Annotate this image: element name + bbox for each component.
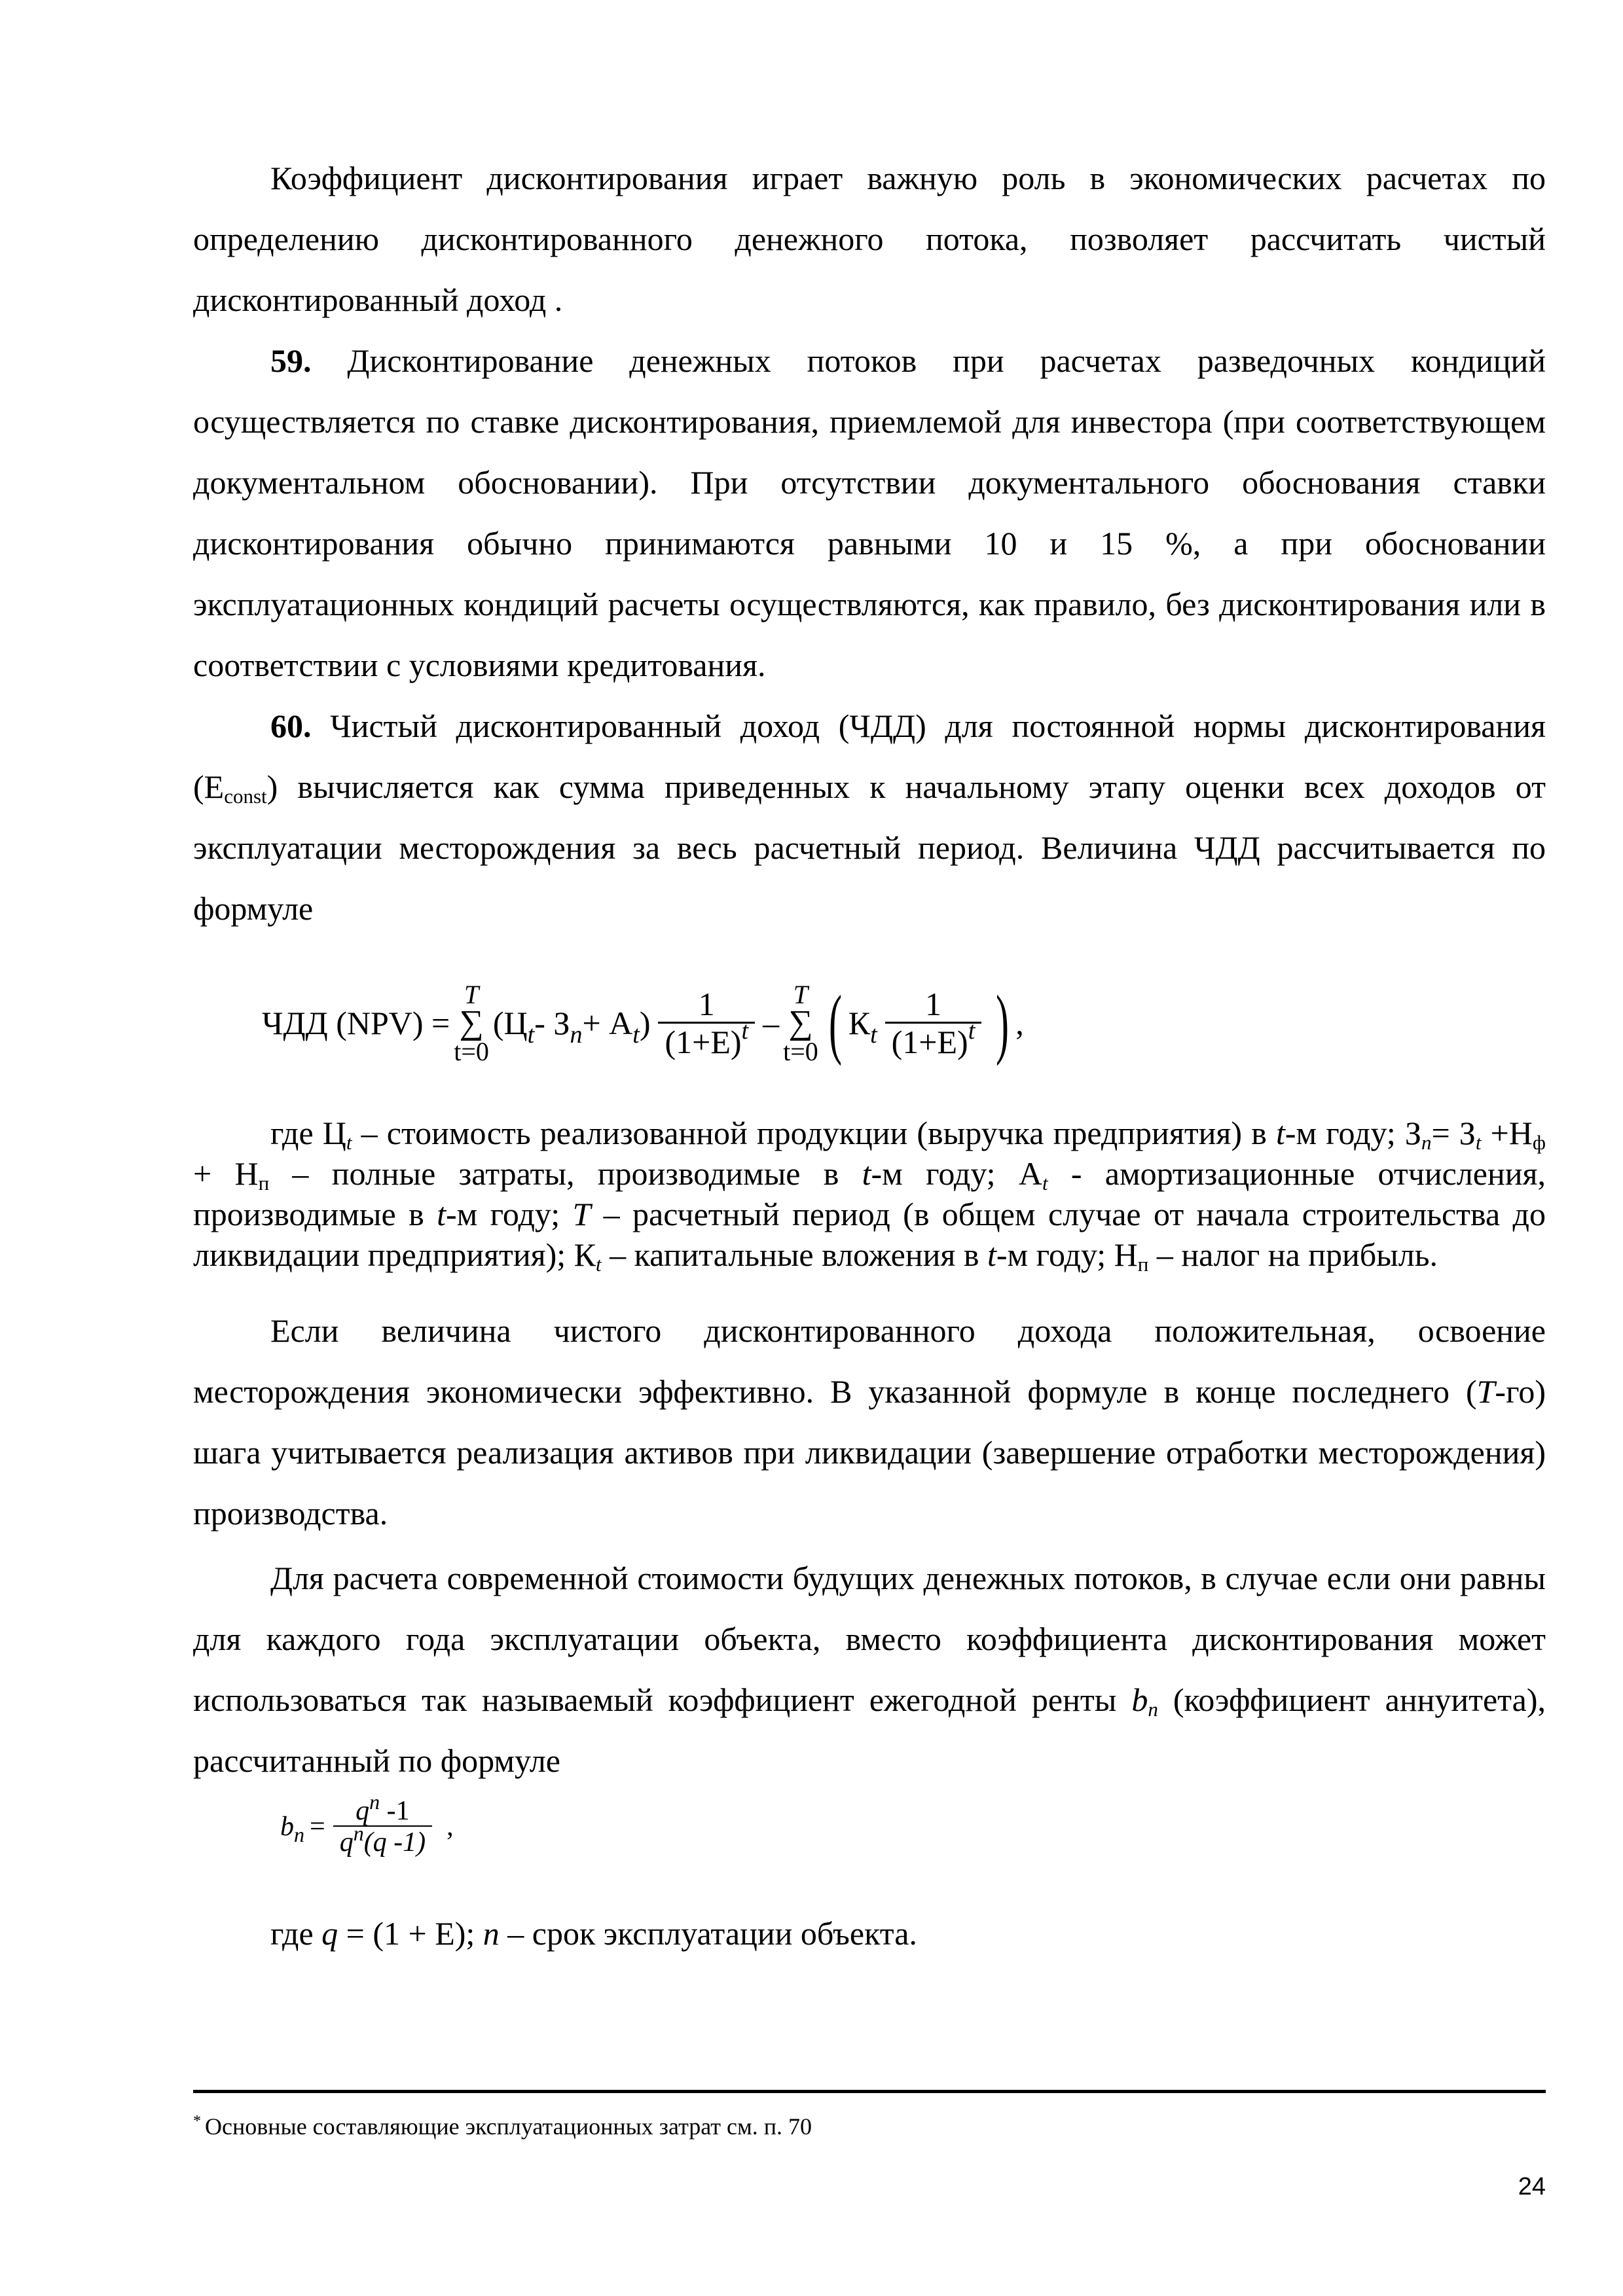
subscript: п (1138, 1253, 1149, 1276)
denominator-base: (1+Е) (892, 1024, 968, 1060)
big-paren-open: ( (829, 984, 842, 1062)
exponent-n: n (354, 1821, 364, 1845)
paragraph-discount-coefficient: Коэффициент дисконтирования играет важну… (193, 148, 1546, 331)
denominator-base: (1+Е) (665, 1024, 741, 1060)
paragraph-positive-npv: Если величина чистого дисконтированного … (193, 1300, 1546, 1544)
fraction-denominator: (1+Е)t (658, 1022, 755, 1060)
var-b: b (280, 1811, 294, 1842)
var-n: n (483, 1915, 500, 1952)
subscript: ф (1533, 1131, 1546, 1154)
footnote-text: Основные составляющие эксплуатационных з… (205, 2113, 812, 2140)
equals-sign: = (310, 1811, 325, 1842)
term-open: (Ц (493, 1004, 528, 1042)
text: – срок эксплуатации объекта. (500, 1915, 917, 1952)
text: – налог на прибыль. (1148, 1236, 1438, 1273)
text: – полные затраты, производимые в (269, 1155, 862, 1192)
text: -м году; Н (996, 1236, 1138, 1273)
paragraph-q-definition: где q = (1 + Е); n – срок эксплуатации о… (193, 1903, 1546, 1964)
paragraph-59: 59. Дисконтирование денежных потоков при… (193, 331, 1546, 696)
minus-sign: – (763, 1004, 779, 1042)
clause-number-59: 59. (270, 342, 312, 379)
clause-number-60: 60. (270, 708, 312, 744)
fraction-numerator: 1 (692, 987, 721, 1022)
annuity-formula: bn = qn -1 qn(q -1) , (280, 1797, 454, 1857)
document-page: Коэффициент дисконтирования играет важну… (0, 0, 1623, 2296)
formula-legend: где Цt – стоимость реализованной продукц… (193, 1113, 1546, 1275)
sum-lower-limit: t=0 (454, 1039, 489, 1065)
big-paren-close: ) (996, 984, 1009, 1062)
sum-lower-limit: t=0 (783, 1039, 818, 1065)
text: + Н (193, 1155, 259, 1192)
sub-n: n (294, 1823, 304, 1847)
text: -1 (380, 1796, 410, 1826)
annuity-fraction: qn -1 qn(q -1) (333, 1797, 432, 1857)
npv-formula: ЧДД (NPV) = T ∑ t=0 (Цt - Зn + Аt ) 1 (1… (262, 982, 1024, 1065)
sub-t: t (632, 1020, 640, 1049)
term-close: ) (640, 1004, 651, 1042)
body-text-bottom: Если величина чистого дисконтированного … (193, 1300, 1546, 1791)
var-T: Т (573, 1196, 591, 1232)
sigma-icon: ∑ (788, 1008, 812, 1039)
paragraph-60-text-b: ) вычисляется как сумма приведенных к на… (193, 768, 1546, 927)
text: где Ц (270, 1115, 346, 1151)
text: -м году; З (1285, 1115, 1421, 1151)
fraction-denominator: (1+Е)t (885, 1022, 982, 1060)
sub-n: n (570, 1020, 582, 1049)
subscript-const: const (224, 785, 266, 808)
var-t: t (1276, 1115, 1285, 1151)
sub-t: t (870, 1020, 877, 1049)
subscript: n (1148, 1698, 1158, 1721)
discount-fraction-1: 1 (1+Е)t (658, 987, 755, 1059)
exponent-n: n (369, 1790, 380, 1814)
text: -м году; А (871, 1155, 1042, 1192)
var-T: Т (1477, 1373, 1495, 1410)
text: = (1 + Е); (338, 1915, 483, 1952)
text: = З (1431, 1115, 1475, 1151)
subscript: t (596, 1253, 602, 1276)
subscript: n (1421, 1131, 1432, 1154)
var-t: t (987, 1236, 996, 1273)
text: – капитальные вложения в (602, 1236, 987, 1273)
page-number: 24 (1518, 2173, 1546, 2201)
body-text-top: Коэффициент дисконтирования играет важну… (193, 148, 1546, 939)
sum-operator-1: T ∑ t=0 (454, 982, 489, 1065)
fraction-denominator: qn(q -1) (333, 1825, 432, 1857)
paragraph-variable-definitions: где Цt – стоимость реализованной продукц… (193, 1113, 1546, 1275)
var-t: t (437, 1196, 446, 1232)
text: +Н (1481, 1115, 1532, 1151)
var-q: q (321, 1915, 338, 1952)
q-definition: где q = (1 + Е); n – срок эксплуатации о… (193, 1903, 1546, 1964)
term-plus-a: + А (582, 1004, 632, 1042)
subscript: t (1042, 1172, 1048, 1194)
npv-lhs: ЧДД (NPV) = (262, 1004, 450, 1042)
sigma-icon: ∑ (460, 1008, 484, 1039)
formula-comma: , (447, 1811, 454, 1842)
paragraph-60: 60. Чистый дисконтированный доход (ЧДД) … (193, 696, 1546, 939)
var-q: q (340, 1827, 354, 1857)
var-b: b (1131, 1681, 1148, 1718)
subscript: t (346, 1131, 352, 1154)
paragraph-text: Коэффициент дисконтирования играет важну… (193, 160, 1546, 318)
formula-comma: , (1015, 1004, 1024, 1042)
text: Если величина чистого дисконтированного … (193, 1312, 1546, 1410)
term-k: К (848, 1004, 870, 1042)
text: где (270, 1915, 321, 1952)
fraction-numerator: 1 (919, 987, 948, 1022)
footnote: *Основные составляющие эксплуатационных … (193, 2113, 812, 2140)
var-t: t (862, 1155, 871, 1192)
text: (q -1) (364, 1827, 426, 1857)
paragraph-annuity: Для расчета современной стоимости будущи… (193, 1548, 1546, 1791)
discount-fraction-2: 1 (1+Е)t (885, 987, 982, 1059)
sub-t: t (528, 1020, 535, 1049)
text: – стоимость реализованной продукции (выр… (352, 1115, 1276, 1151)
footnote-marker: * (193, 2113, 201, 2130)
subscript: п (259, 1172, 270, 1194)
text: -м году; (446, 1196, 573, 1232)
footnote-separator (193, 2090, 1546, 2093)
sum-operator-2: T ∑ t=0 (783, 982, 818, 1065)
exponent-t: t (968, 1017, 976, 1045)
term-minus-z: - З (534, 1004, 570, 1042)
exponent-t: t (742, 1017, 749, 1045)
paragraph-59-text: Дисконтирование денежных потоков при рас… (193, 342, 1546, 683)
